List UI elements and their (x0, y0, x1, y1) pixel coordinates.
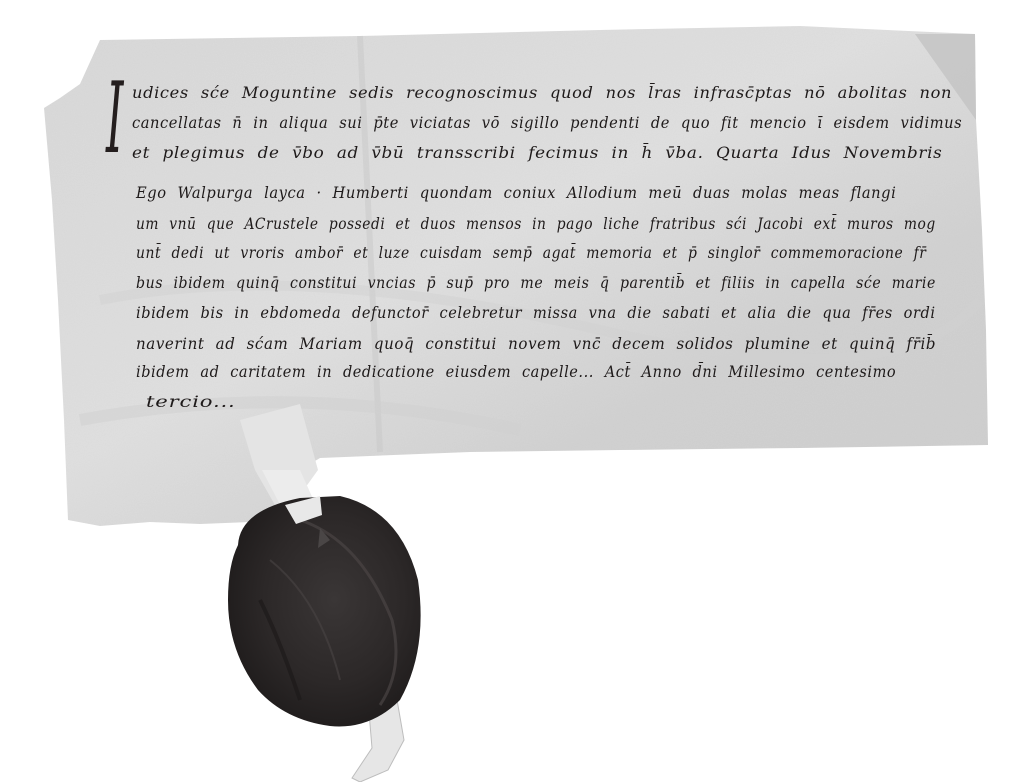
text-line: naverint ad sćam Mariam quoq̄ constitui … (136, 335, 936, 353)
text-line: unt̄ dedi ut vroris ambor̄ et luze cuisd… (136, 244, 926, 262)
text-line: ibidem bis in ebdomeda defunctor̄ celebr… (136, 304, 936, 322)
text-line: bus ibidem quinq̄ constitui vncias p̄ su… (136, 274, 936, 292)
wax-seal (228, 496, 421, 726)
decorated-initial: I (106, 70, 123, 168)
text-line: um vnū que ACrustele possedi et duos me… (136, 215, 936, 233)
text-line: ibidem ad caritatem in dedicatione eiusd… (136, 363, 896, 381)
text-line: Ego Walpurga layca · Humberti quondam co… (136, 184, 896, 202)
text-line: udices sće Moguntine sedis recognoscimus… (132, 84, 952, 102)
text-line: et plegimus de v̄bo ad v̄bū transscribi… (132, 144, 942, 162)
charter-photograph: I udices sće Moguntine sedis recognoscim… (0, 0, 1024, 782)
text-line: cancellatas n̄ in aliqua sui p̄te viciat… (132, 114, 962, 132)
text-line: tercio... (146, 393, 236, 411)
